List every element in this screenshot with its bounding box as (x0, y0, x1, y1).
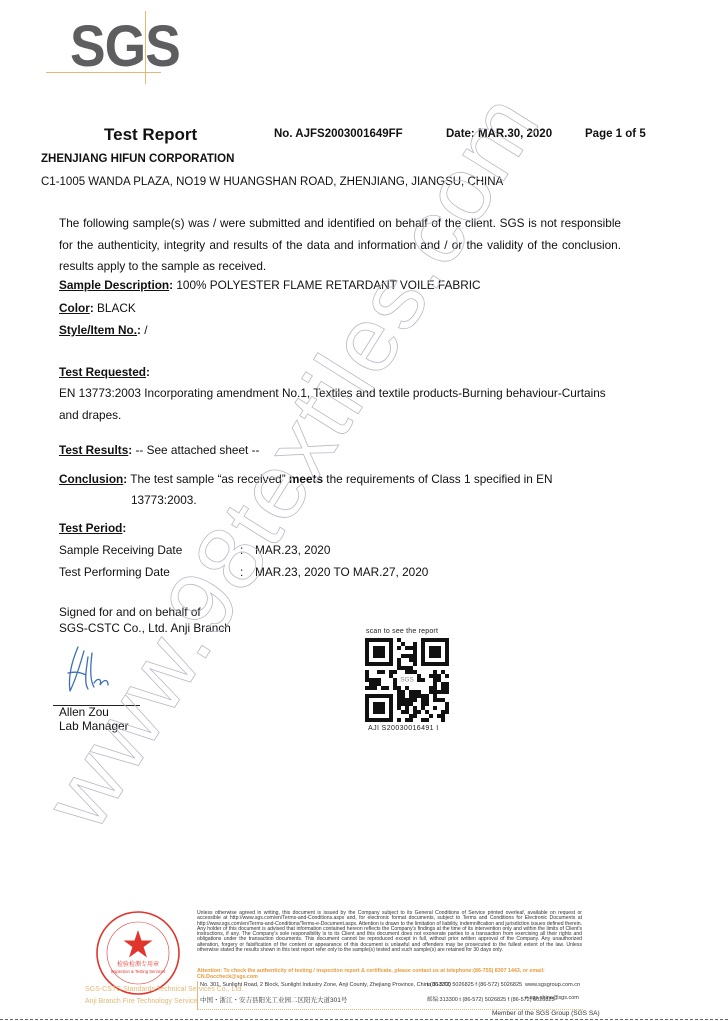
sample-description-value: 100% POLYESTER FLAME RETARDANT VOILE FAB… (173, 278, 480, 292)
conclusion-field: Conclusion: The test sample “as received… (59, 472, 553, 486)
test-results-field: Test Results: -- See attached sheet -- (59, 443, 259, 457)
signatory-title: Lab Manager (59, 718, 129, 734)
test-period-heading: Test Period: (59, 521, 126, 535)
conclusion-text-pre: The test sample “as received” (127, 472, 289, 486)
sgs-logo: SGS (70, 18, 180, 76)
sample-receiving-date-label: Sample Receiving Date (59, 543, 182, 557)
style-item-value: / (141, 323, 148, 337)
conclusion-label: Conclusion (59, 472, 123, 486)
page-indicator: Page 1 of 5 (585, 128, 646, 140)
legal-disclaimer: Unless otherwise agreed in writing, this… (197, 911, 582, 953)
signature-image (64, 643, 124, 698)
logo-accent-vertical-line (145, 11, 146, 84)
email-link[interactable]: e sgs.china@sgs.com (525, 995, 579, 1001)
page-bottom-border (0, 1019, 728, 1020)
color-value: BLACK (94, 301, 136, 315)
svg-text:SGS: SGS (400, 677, 414, 684)
qr-caption: scan to see the report (366, 628, 438, 635)
intro-paragraph: The following sample(s) was / were submi… (59, 213, 621, 278)
sample-description-field: Sample Description: 100% POLYESTER FLAME… (59, 278, 481, 292)
logo-accent-horizontal-line (46, 72, 161, 73)
svg-text:Inspection & Testing Services: Inspection & Testing Services (111, 969, 166, 974)
test-performing-date-label: Test Performing Date (59, 565, 170, 579)
signoff-line1: Signed for and on behalf of (59, 604, 201, 620)
address-english: No. 301, Sunlight Road, 2 Block, Sunligh… (200, 982, 451, 988)
client-name: ZHENJIANG HIFUN CORPORATION (41, 153, 234, 165)
sample-description-label: Sample Description (59, 278, 169, 292)
test-requested-line1: EN 13773:2003 Incorporating amendment No… (59, 386, 606, 400)
qr-code[interactable]: SGS (365, 638, 449, 722)
client-address: C1-1005 WANDA PLAZA, NO19 W HUANGSHAN RO… (41, 176, 503, 188)
style-item-field: Style/Item No.: / (59, 323, 148, 337)
test-performing-date-value: MAR.23, 2020 TO MAR.27, 2020 (255, 565, 428, 579)
style-item-label: Style/Item No. (59, 323, 137, 337)
color-field: Color: BLACK (59, 301, 136, 315)
website-link[interactable]: www.sgsgroup.com.cn (525, 982, 580, 988)
postcode-chinese: 邮编:313300 (427, 997, 458, 1003)
test-requested-line2: and drapes. (59, 408, 121, 422)
conclusion-verdict: meets (289, 472, 323, 486)
conclusion-line2: 13773:2003. (131, 493, 197, 507)
report-number: No. AJFS2003001649FF (274, 128, 403, 140)
phone-fax-english: t (86-572) 5026825 f (86-572) 5026825 (427, 982, 522, 988)
test-requested-heading: Test Requested: (59, 365, 150, 379)
test-results-value: -- See attached sheet -- (132, 443, 259, 457)
sample-receiving-date-value: MAR.23, 2020 (255, 543, 330, 557)
report-title: Test Report (104, 125, 197, 145)
stamp-branch-caption: Anji Branch Fire Technology Service (85, 998, 197, 1005)
sample-receiving-date-separator: : (240, 543, 243, 557)
signoff-company: SGS-CSTC Co., Ltd. Anji Branch (59, 620, 231, 636)
color-label: Color (59, 301, 90, 315)
conclusion-text-post: the requirements of Class 1 specified in… (323, 472, 553, 486)
company-stamp: 检验检测专用章 Inspection & Testing Services (95, 910, 181, 996)
qr-report-id: AJI S20030016491 I (368, 725, 439, 732)
authenticity-notice: Attention: To check the authenticity of … (197, 969, 582, 980)
address-chinese: 中国・浙江・安吉县阳光工业园二区阳光大道301号 (200, 995, 347, 1004)
report-date: Date: MAR.30, 2020 (446, 128, 552, 140)
test-performing-date-separator: : (240, 565, 243, 579)
member-notice: Member of the SGS Group (SGS SA) (492, 1010, 600, 1017)
test-requested-label: Test Requested (59, 365, 146, 379)
test-results-label: Test Results (59, 443, 128, 457)
svg-text:检验检测专用章: 检验检测专用章 (117, 960, 159, 968)
test-period-label: Test Period (59, 521, 122, 535)
